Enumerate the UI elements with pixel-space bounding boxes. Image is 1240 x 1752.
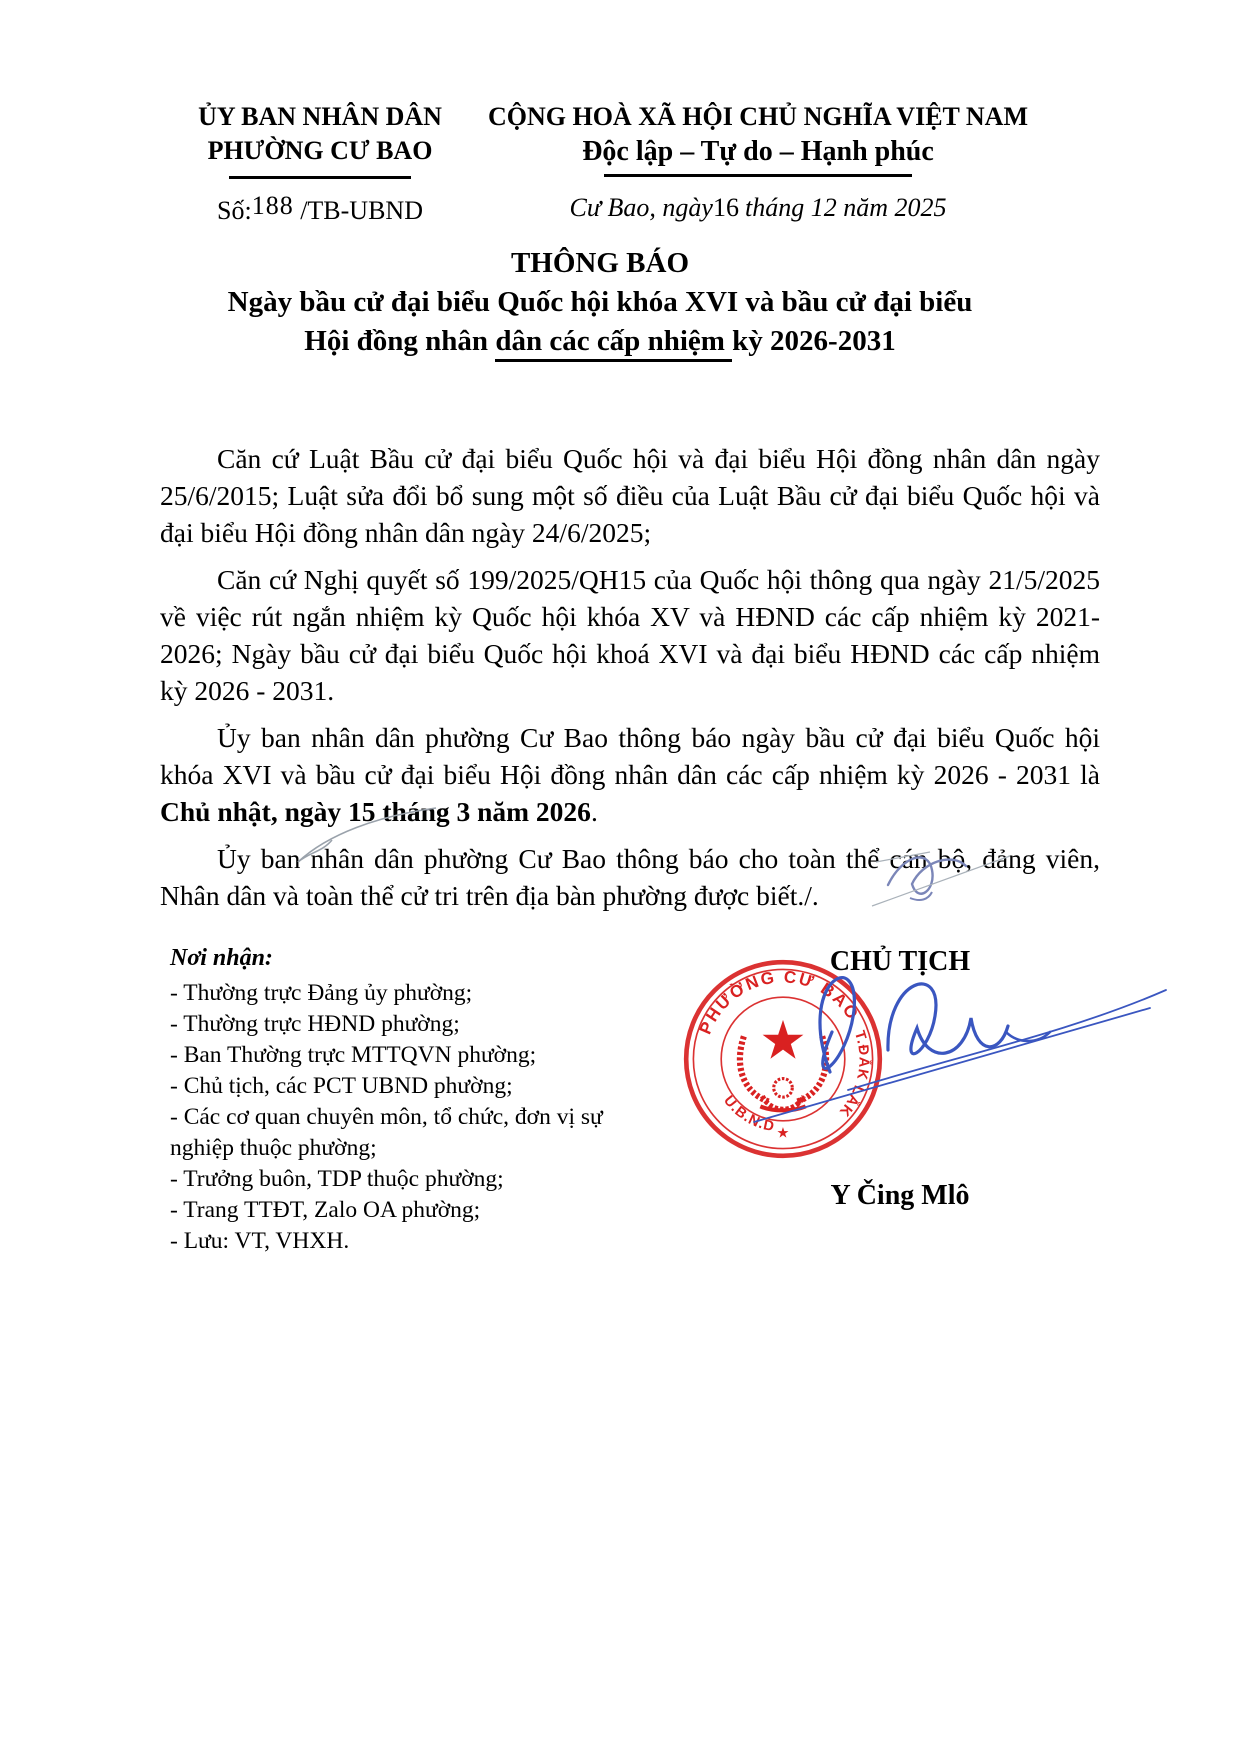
org-name-line1: ỦY BAN NHÂN DÂN <box>148 100 492 134</box>
national-motto-line1: CỘNG HOÀ XÃ HỘI CHỦ NGHĨA VIỆT NAM <box>468 100 1048 134</box>
national-header-block: CỘNG HOÀ XÃ HỘI CHỦ NGHĨA VIỆT NAM Độc l… <box>468 100 1048 223</box>
recipient-item: - Lưu: VT, VHXH. <box>170 1226 640 1257</box>
title-line2-pre: Hội đồng nhân <box>304 325 495 357</box>
announcement-period: . <box>591 796 598 827</box>
motto-divider <box>604 174 912 177</box>
recipient-item: - Thường trực HĐND phường; <box>170 1009 640 1040</box>
signature <box>738 932 1178 1142</box>
place-date-line: Cư Bao, ngày16tháng 12 năm 2025 <box>468 193 1048 223</box>
title-line2: Hội đồng nhân dân các cấp nhiệm kỳ 2026-… <box>0 322 1200 361</box>
paragraph-legal-basis-1: Căn cứ Luật Bầu cử đại biểu Quốc hội và … <box>160 440 1100 551</box>
recipient-item: - Trưởng buôn, TDP thuộc phường; <box>170 1164 640 1195</box>
date-suffix: tháng 12 năm 2025 <box>745 193 947 222</box>
initials-pen-mark <box>870 840 1020 920</box>
signer-name: Y Čing Mlô <box>700 1180 1100 1212</box>
paragraph-legal-basis-2: Căn cứ Nghị quyết số 199/2025/QH15 của Q… <box>160 561 1100 709</box>
recipient-item: - Chủ tịch, các PCT UBND phường; <box>170 1071 640 1102</box>
doc-no-number: 188 <box>252 191 294 220</box>
document-page: ỦY BAN NHÂN DÂN PHƯỜNG CƯ BAO Số:188 /TB… <box>0 0 1240 1752</box>
document-number: Số:188 /TB-UBND <box>148 196 492 226</box>
national-motto-line2: Độc lập – Tự do – Hạnh phúc <box>468 134 1048 170</box>
document-title-block: THÔNG BÁO Ngày bầu cử đại biểu Quốc hội … <box>0 243 1200 361</box>
document-type-heading: THÔNG BÁO <box>0 243 1200 283</box>
recipient-item: - Ban Thường trực MTTQVN phường; <box>170 1040 640 1071</box>
title-line2-underlined: dân các cấp nhiệm <box>495 325 732 362</box>
recipients-title: Nơi nhận: <box>170 942 640 974</box>
recipients-block: Nơi nhận: - Thường trực Đảng ủy phường; … <box>170 942 640 1257</box>
recipient-item: - Thường trực Đảng ủy phường; <box>170 978 640 1009</box>
date-day: 16 <box>713 193 739 222</box>
org-name-line2: PHƯỜNG CƯ BAO <box>148 134 492 168</box>
doc-no-suffix: /TB-UBND <box>294 196 423 225</box>
date-prefix: Cư Bao, ngày <box>570 193 713 222</box>
announcement-text: Ủy ban nhân dân phường Cư Bao thông báo … <box>160 722 1100 790</box>
title-line1: Ngày bầu cử đại biểu Quốc hội khóa XVI v… <box>0 283 1200 322</box>
issuing-org-block: ỦY BAN NHÂN DÂN PHƯỜNG CƯ BAO <box>148 100 492 179</box>
recipient-item: - Trang TTĐT, Zalo OA phường; <box>170 1195 640 1226</box>
doc-no-prefix: Số: <box>217 196 252 225</box>
recipient-item: - Các cơ quan chuyên môn, tổ chức, đơn v… <box>170 1102 640 1164</box>
pen-check-mark <box>278 802 448 877</box>
title-line2-post: kỳ 2026-2031 <box>732 325 896 357</box>
org-divider <box>229 176 411 179</box>
